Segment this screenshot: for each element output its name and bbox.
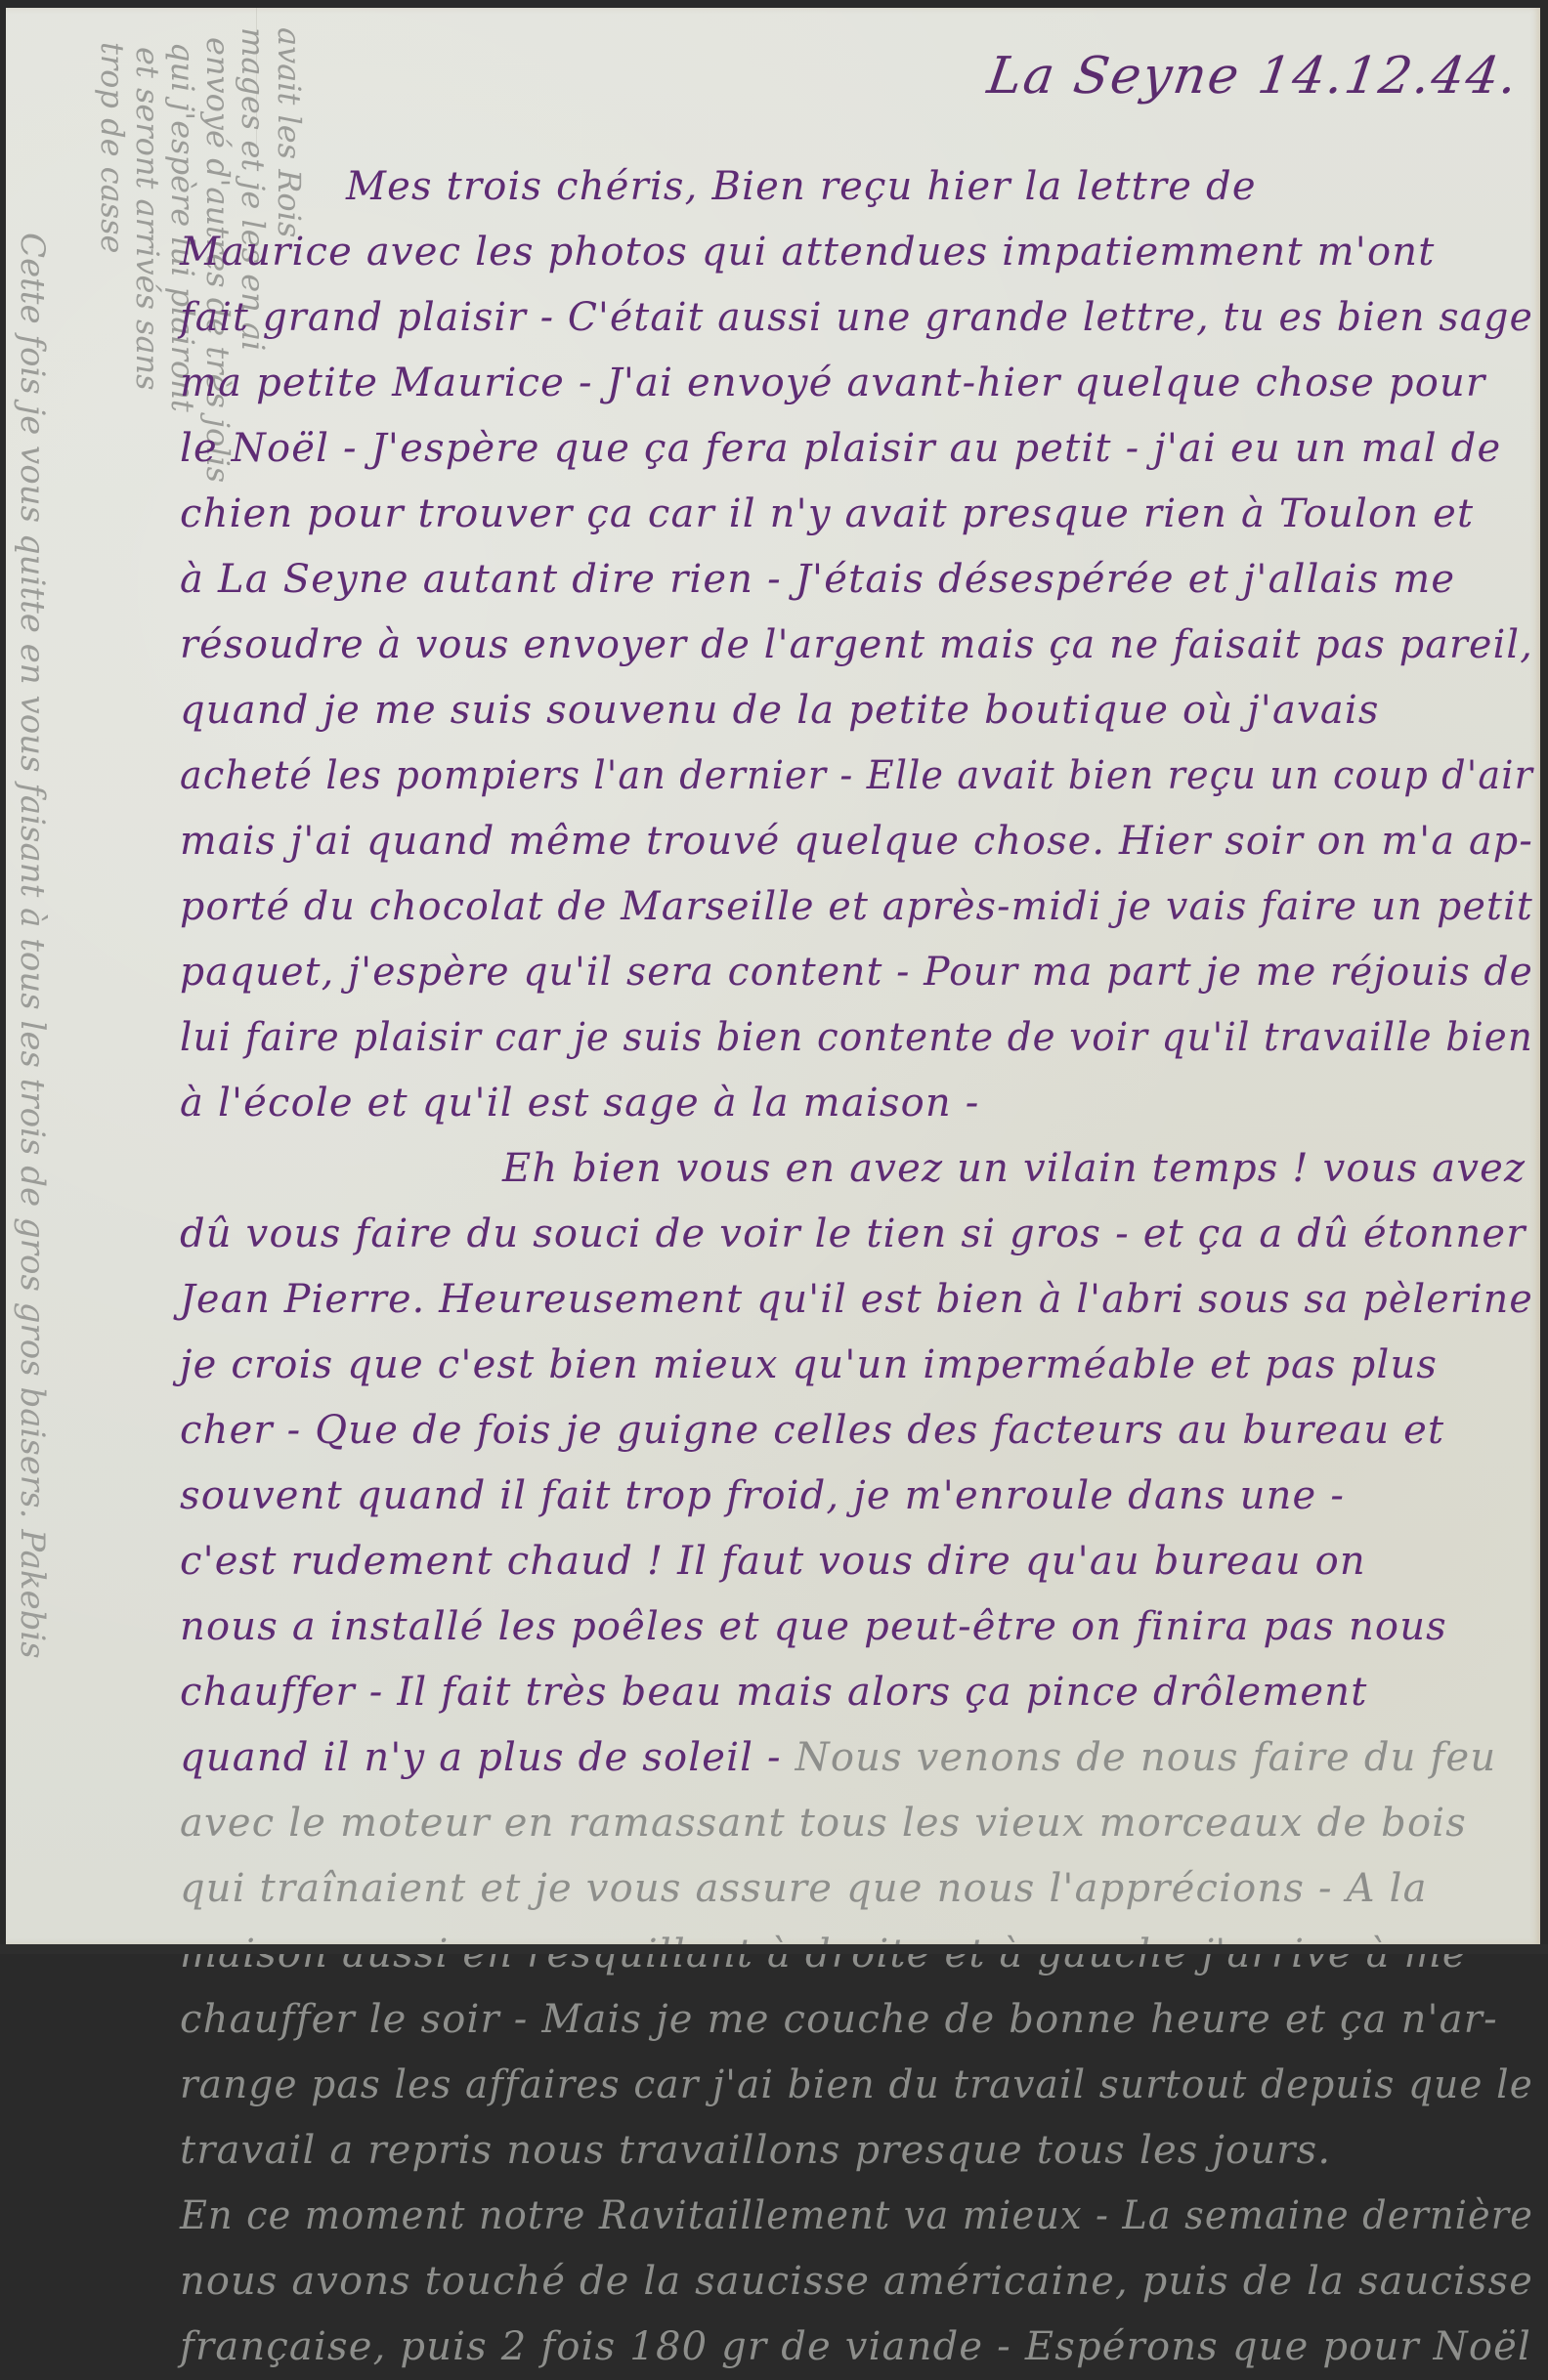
left-margin-note: Cette fois je vous quitte en vous faisan… bbox=[12, 233, 53, 1923]
letter-line-mixed: quand il n'y a plus de soleil - Nous ven… bbox=[180, 1725, 1538, 1791]
letter-line: cher - Que de fois je guigne celles des … bbox=[180, 1398, 1538, 1464]
letter-line: dû vous faire du souci de voir le tien s… bbox=[180, 1202, 1538, 1267]
letter-line: paquet, j'espère qu'il sera content - Po… bbox=[180, 940, 1538, 1005]
letter-line: Mes trois chéris, Bien reçu hier la lett… bbox=[180, 154, 1538, 220]
ink-segment: quand il n'y a plus de soleil - bbox=[180, 1735, 782, 1780]
letter-line: quand je me suis souvenu de la petite bo… bbox=[180, 678, 1538, 744]
letter-line: fait grand plaisir - C'était aussi une g… bbox=[180, 285, 1538, 351]
letter-line: lui faire plaisir car je suis bien conte… bbox=[180, 1005, 1538, 1071]
letter-body: Mes trois chéris, Bien reçu hier la lett… bbox=[180, 154, 1538, 1954]
letter-line: je crois que c'est bien mieux qu'un impe… bbox=[180, 1333, 1538, 1398]
letter-page: avait les Rois mages et je les en ai env… bbox=[6, 8, 1540, 1944]
letter-line: mais j'ai quand même trouvé quelque chos… bbox=[180, 809, 1538, 874]
letter-line: à l'école et qu'il est sage à la maison … bbox=[180, 1071, 1538, 1136]
letter-line: à La Seyne autant dire rien - J'étais dé… bbox=[180, 547, 1538, 613]
letter-line: c'est rudement chaud ! Il faut vous dire… bbox=[180, 1529, 1538, 1594]
margin-note-column: et seront arrivés sans bbox=[128, 47, 167, 391]
letter-line: ma petite Maurice - J'ai envoyé avant-hi… bbox=[180, 351, 1538, 416]
letter-line: le Noël - J'espère que ça fera plaisir a… bbox=[180, 416, 1538, 482]
pencil-segment: Nous venons de nous faire du feu bbox=[782, 1735, 1497, 1780]
letter-line: qui traînaient et je vous assure que nou… bbox=[180, 1856, 1538, 1922]
letter-line: chien pour trouver ça car il n'y avait p… bbox=[180, 482, 1538, 547]
letter-line: chauffer - Il fait très beau mais alors … bbox=[180, 1660, 1538, 1725]
letter-line: porté du chocolat de Marseille et après-… bbox=[180, 874, 1538, 940]
letter-line: acheté les pompiers l'an dernier - Elle … bbox=[180, 744, 1538, 809]
letter-line: Jean Pierre. Heureusement qu'il est bien… bbox=[180, 1267, 1538, 1333]
letter-line: nous a installé les poêles et que peut-ê… bbox=[180, 1594, 1538, 1660]
letter-line: Eh bien vous en avez un vilain temps ! v… bbox=[180, 1136, 1538, 1202]
place-and-date: La Seyne 14.12.44. bbox=[984, 47, 1523, 106]
letter-line: Maurice avec les photos qui attendues im… bbox=[180, 220, 1538, 285]
letter-line: résoudre à vous envoyer de l'argent mais… bbox=[180, 613, 1538, 678]
letter-line: avec le moteur en ramassant tous les vie… bbox=[180, 1791, 1538, 1856]
margin-note-column: trop de casse bbox=[93, 42, 132, 253]
letter-line: souvent quand il fait trop froid, je m'e… bbox=[180, 1464, 1538, 1529]
scan-border bbox=[0, 1944, 1548, 1954]
